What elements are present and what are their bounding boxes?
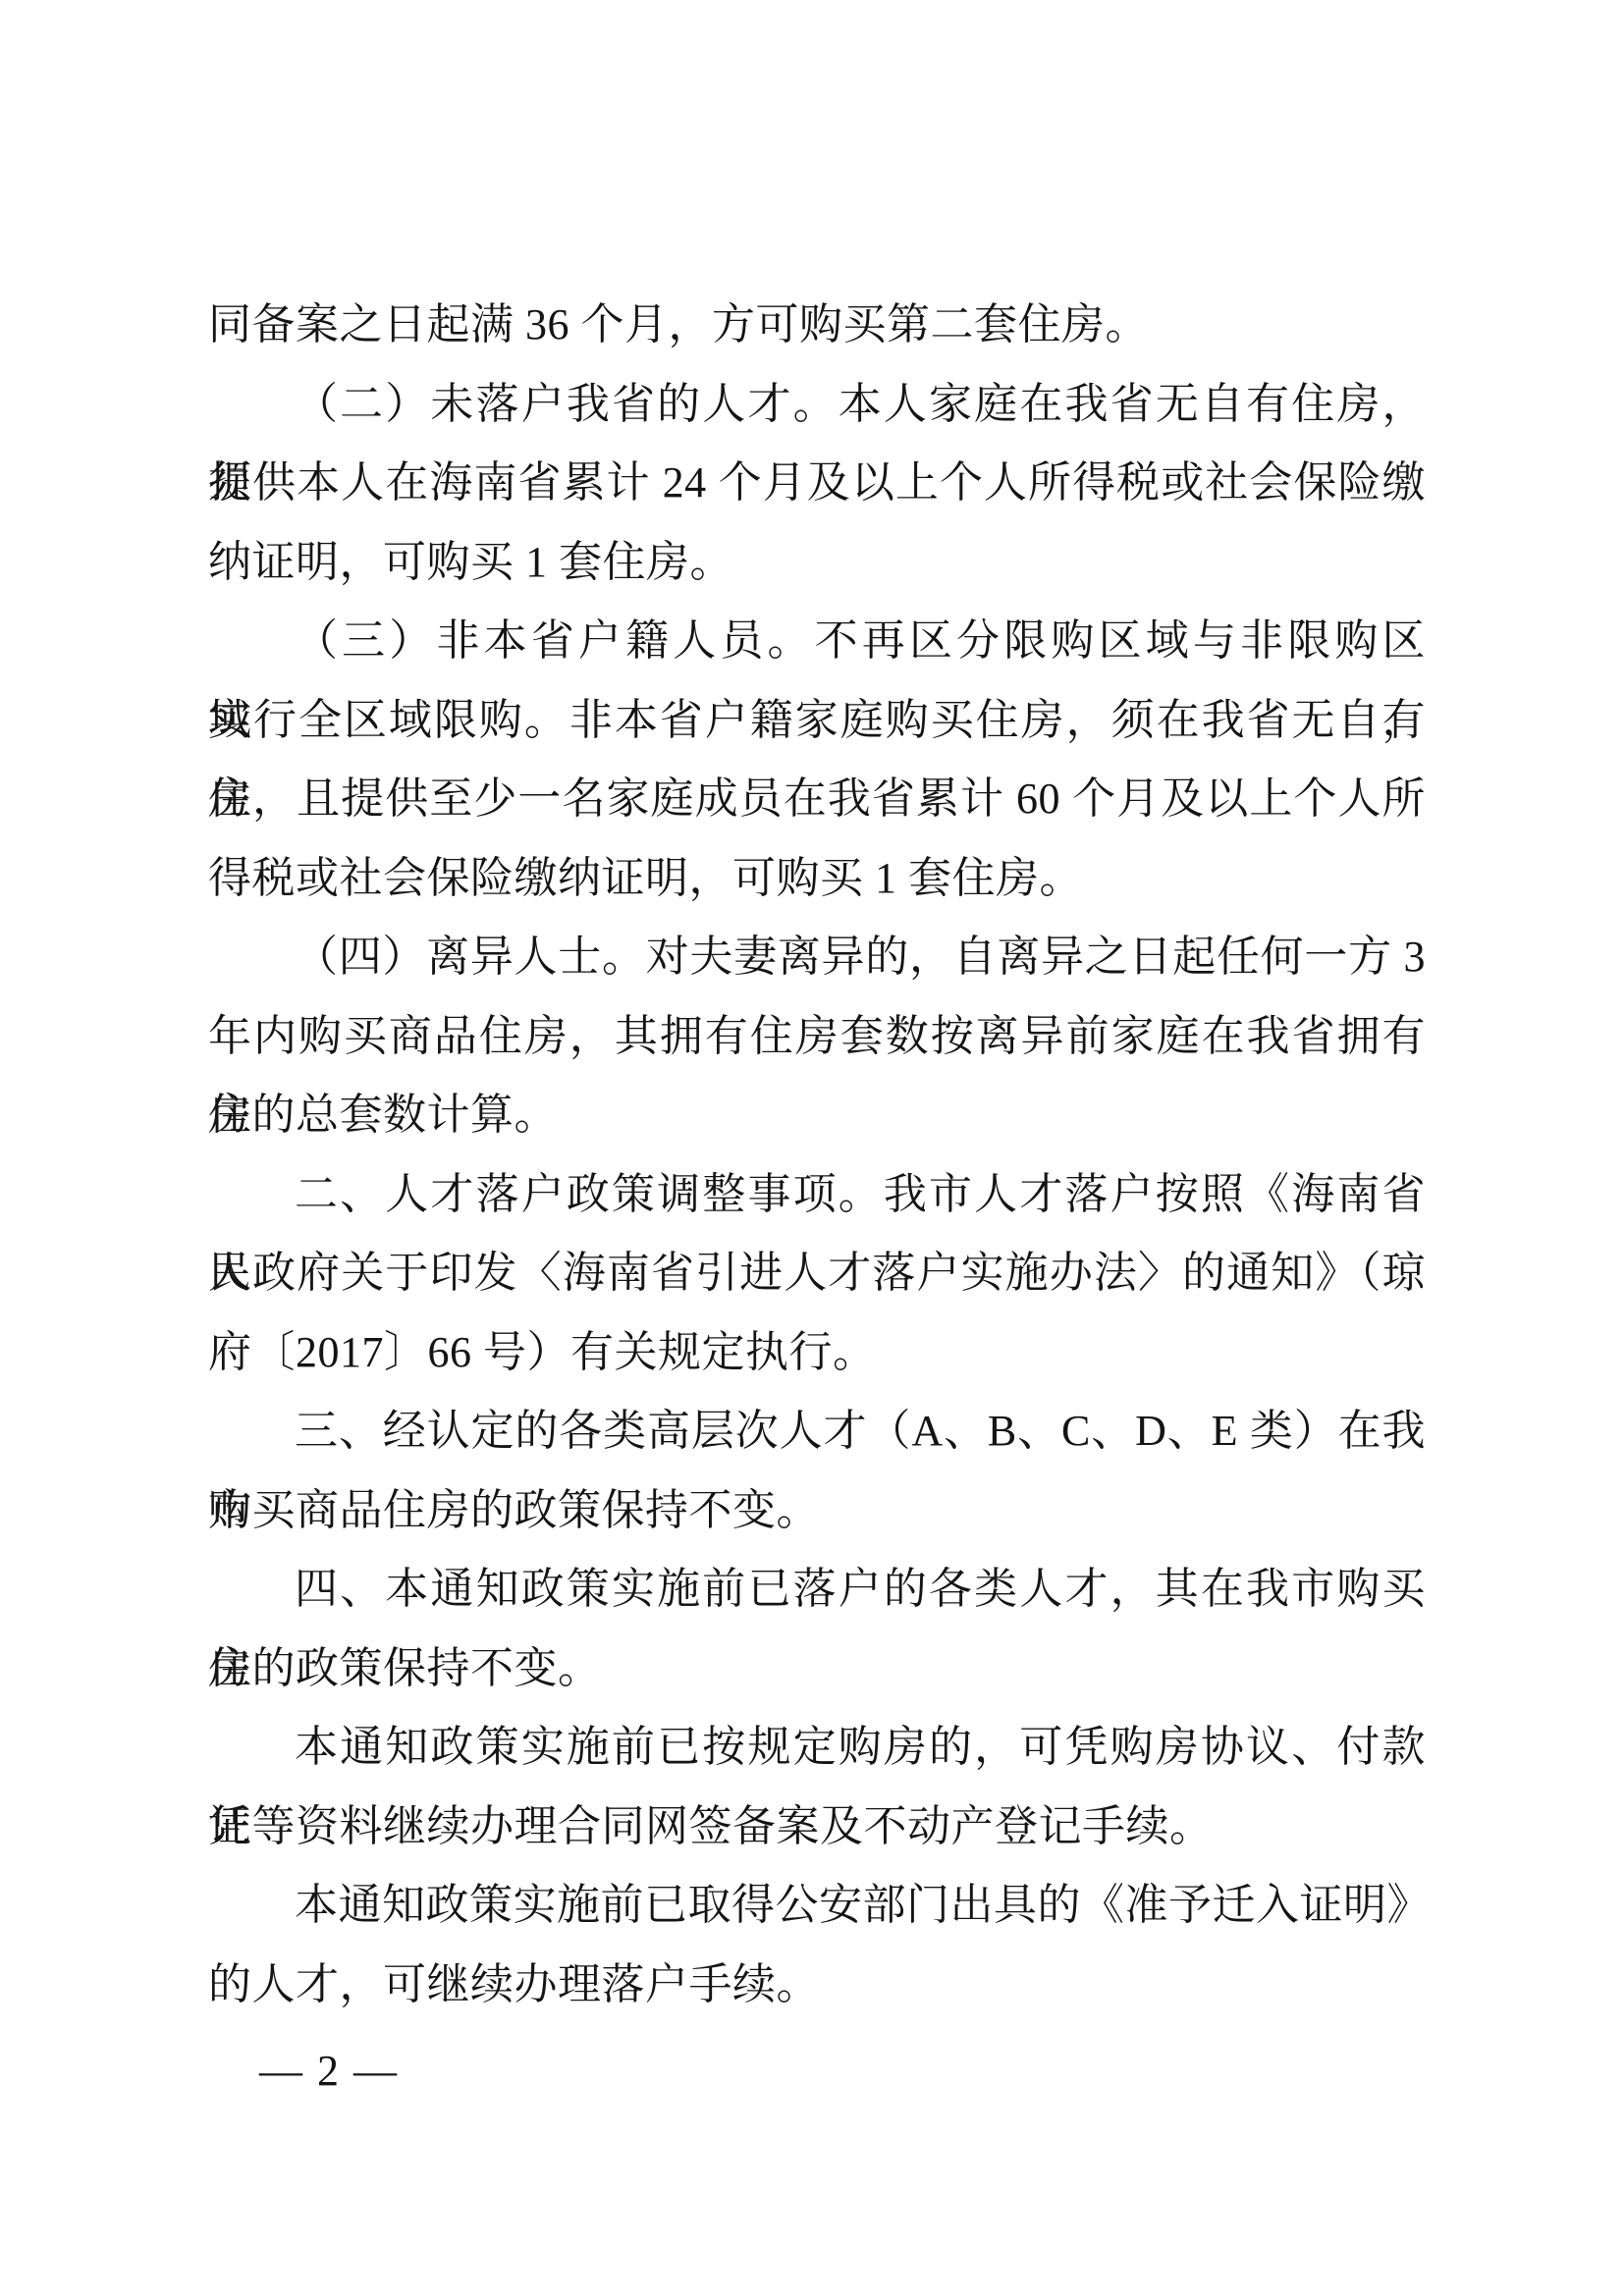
text-line: （四）离异人士。对夫妻离异的，自离异之日起任何一方 3 <box>208 918 1426 997</box>
text-line: 本通知政策实施前已按规定购房的，可凭购房协议、付款凭 <box>208 1708 1426 1788</box>
text-line: 得税或社会保险缴纳证明，可购买 1 套住房。 <box>208 839 1426 919</box>
text-line: 民政府关于印发〈海南省引进人才落户实施办法〉的通知》（琼 <box>208 1234 1426 1313</box>
text-line: （二）未落户我省的人才。本人家庭在我省无自有住房，须 <box>208 365 1426 445</box>
text-line: 府〔2017〕66 号）有关规定执行。 <box>208 1313 1426 1393</box>
text-line: 购买商品住房的政策保持不变。 <box>208 1471 1426 1551</box>
text-line: 提供本人在海南省累计 24 个月及以上个人所得税或社会保险缴 <box>208 444 1426 523</box>
text-line: 本通知政策实施前已取得公安部门出具的《准予迁入证明》 <box>208 1866 1426 1946</box>
text-line: 四、本通知政策实施前已落户的各类人才，其在我市购买住 <box>208 1550 1426 1629</box>
text-line: 房的总套数计算。 <box>208 1076 1426 1155</box>
text-line: 同备案之日起满 36 个月，方可购买第二套住房。 <box>208 286 1426 365</box>
text-line: 房，且提供至少一名家庭成员在我省累计 60 个月及以上个人所 <box>208 760 1426 839</box>
text-line: 证等资料继续办理合同网签备案及不动产登记手续。 <box>208 1788 1426 1867</box>
text-line: 房的政策保持不变。 <box>208 1629 1426 1709</box>
page-number: — 2 — <box>259 2044 399 2099</box>
document-page: 同备案之日起满 36 个月，方可购买第二套住房。 （二）未落户我省的人才。本人家… <box>0 0 1624 2296</box>
text-line: 纳证明，可购买 1 套住房。 <box>208 523 1426 603</box>
text-line: 二、人才落户政策调整事项。我市人才落户按照《海南省人 <box>208 1155 1426 1235</box>
text-line: 实行全区域限购。非本省户籍家庭购买住房，须在我省无自有住 <box>208 681 1426 761</box>
text-line: （三）非本省户籍人员。不再区分限购区域与非限购区域， <box>208 602 1426 681</box>
text-line: 三、经认定的各类高层次人才（A、B、C、D、E 类）在我市 <box>208 1392 1426 1471</box>
document-body: 同备案之日起满 36 个月，方可购买第二套住房。 （二）未落户我省的人才。本人家… <box>208 286 1426 2024</box>
text-line: 年内购买商品住房，其拥有住房套数按离异前家庭在我省拥有住 <box>208 997 1426 1077</box>
text-line: 的人才，可继续办理落户手续。 <box>208 1946 1426 2025</box>
